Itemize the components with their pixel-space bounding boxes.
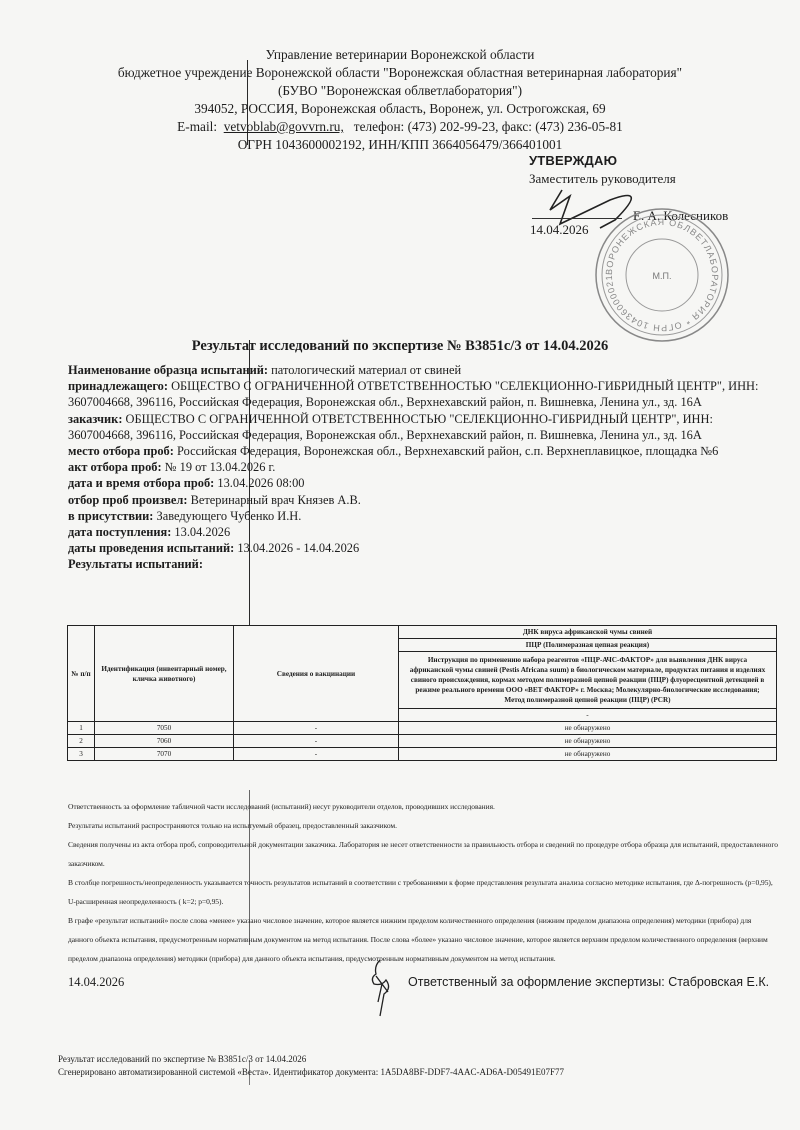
field-results-heading: Результаты испытаний: [68, 556, 773, 572]
document-title: Результат исследований по экспертизе № В… [0, 338, 800, 355]
row-vaccination: - [234, 748, 399, 761]
table-row: 1 7050 - не обнаружено [68, 722, 777, 735]
col-header-vaccination: Сведения о вакцинации [234, 626, 399, 722]
row-result: не обнаружено [399, 735, 777, 748]
row-num: 1 [68, 722, 95, 735]
footer-reference: Результат исследований по экспертизе № В… [58, 1053, 564, 1066]
note: Сведения получены из акта отбора проб, с… [68, 835, 778, 873]
norm-value: - [399, 709, 777, 722]
indicator-header: ДНК вируса африканской чумы свиней [399, 626, 777, 639]
footer-date: 14.04.2026 [68, 975, 124, 990]
org-header-line: Управление ветеринарии Воронежской облас… [0, 46, 800, 64]
note: Результаты испытаний распространяются то… [68, 816, 778, 835]
row-vaccination: - [234, 722, 399, 735]
row-id: 7070 [95, 748, 234, 761]
field-sampling-datetime: дата и время отбора проб: 13.04.2026 08:… [68, 475, 773, 491]
row-id: 7050 [95, 722, 234, 735]
row-num: 2 [68, 735, 95, 748]
field-sample-name: Наименование образца испытаний: патологи… [68, 362, 773, 378]
row-id: 7060 [95, 735, 234, 748]
table-row: 3 7070 - не обнаружено [68, 748, 777, 761]
phone-fax: телефон: (473) 202-99-23, факс: (473) 23… [354, 119, 623, 134]
field-sampled-by: отбор проб произвел: Ветеринарный врач К… [68, 492, 773, 508]
col-header-id: Идентификация (инвентарный номер, кличка… [95, 626, 234, 722]
row-num: 3 [68, 748, 95, 761]
row-result: не обнаружено [399, 722, 777, 735]
notes-section: Ответственность за оформление табличной … [68, 797, 778, 968]
row-vaccination: - [234, 735, 399, 748]
method-document: Инструкция по применению набора реагенто… [399, 652, 777, 709]
field-test-dates: даты проведения испытаний: 13.04.2026 - … [68, 540, 773, 556]
org-header-line: бюджетное учреждение Воронежской области… [0, 64, 800, 82]
footer-identifier: Сгенерировано автоматизированной системо… [58, 1066, 564, 1079]
responsible-signature-icon [362, 958, 402, 1020]
svg-text:М.П.: М.П. [653, 271, 672, 281]
approval-title: УТВЕРЖДАЮ [529, 152, 676, 170]
org-registration: ОГРН 1043600002192, ИНН/КПП 3664056479/3… [0, 136, 800, 154]
round-stamp-icon: ВОРОНЕЖСКАЯ ОБЛВЕТЛАБОРАТОРИЯ * ОГРН 104… [592, 205, 732, 345]
field-sampling-act: акт отбора проб: № 19 от 13.04.2026 г. [68, 459, 773, 475]
field-in-presence: в присутствии: Заведующего Чубенко И.Н. [68, 508, 773, 524]
approval-date: 14.04.2026 [530, 222, 589, 238]
note: В столбце погрешность/неопределенность у… [68, 873, 778, 911]
org-header-line: (БУВО "Воронежская облветлаборатория") [0, 82, 800, 100]
org-contacts: E-mail: vetvoblab@govvrn.ru, телефон: (4… [0, 118, 800, 136]
note: Ответственность за оформление табличной … [68, 797, 778, 816]
email-label: E-mail: [177, 119, 217, 134]
table-row: 2 7060 - не обнаружено [68, 735, 777, 748]
responsible-person: Ответственный за оформление экспертизы: … [408, 975, 769, 989]
document-footer: Результат исследований по экспертизе № В… [58, 1053, 564, 1079]
col-header-num: № п/п [68, 626, 95, 722]
field-customer: заказчик: ОБЩЕСТВО С ОГРАНИЧЕННОЙ ОТВЕТС… [68, 411, 773, 443]
note: В графе «результат испытаний» после слов… [68, 911, 778, 968]
results-table: № п/п Идентификация (инвентарный номер, … [67, 625, 777, 761]
field-owner: принадлежащего: ОБЩЕСТВО С ОГРАНИЧЕННОЙ … [68, 378, 773, 410]
sample-info: Наименование образца испытаний: патологи… [68, 362, 773, 573]
row-result: не обнаружено [399, 748, 777, 761]
email-link[interactable]: vetvoblab@govvrn.ru, [224, 119, 344, 134]
document-page: Управление ветеринарии Воронежской облас… [0, 0, 800, 1130]
org-address: 394052, РОССИЯ, Воронежская область, Вор… [0, 100, 800, 118]
field-receipt-date: дата поступления: 13.04.2026 [68, 524, 773, 540]
field-sampling-place: место отбора проб: Российская Федерация,… [68, 443, 773, 459]
svg-text:ВОРОНЕЖСКАЯ ОБЛВЕТЛАБОРАТОРИЯ: ВОРОНЕЖСКАЯ ОБЛВЕТЛАБОРАТОРИЯ * ОГРН 104… [592, 205, 720, 333]
method-short: ПЦР (Полимеразная цепная реакция) [399, 639, 777, 652]
